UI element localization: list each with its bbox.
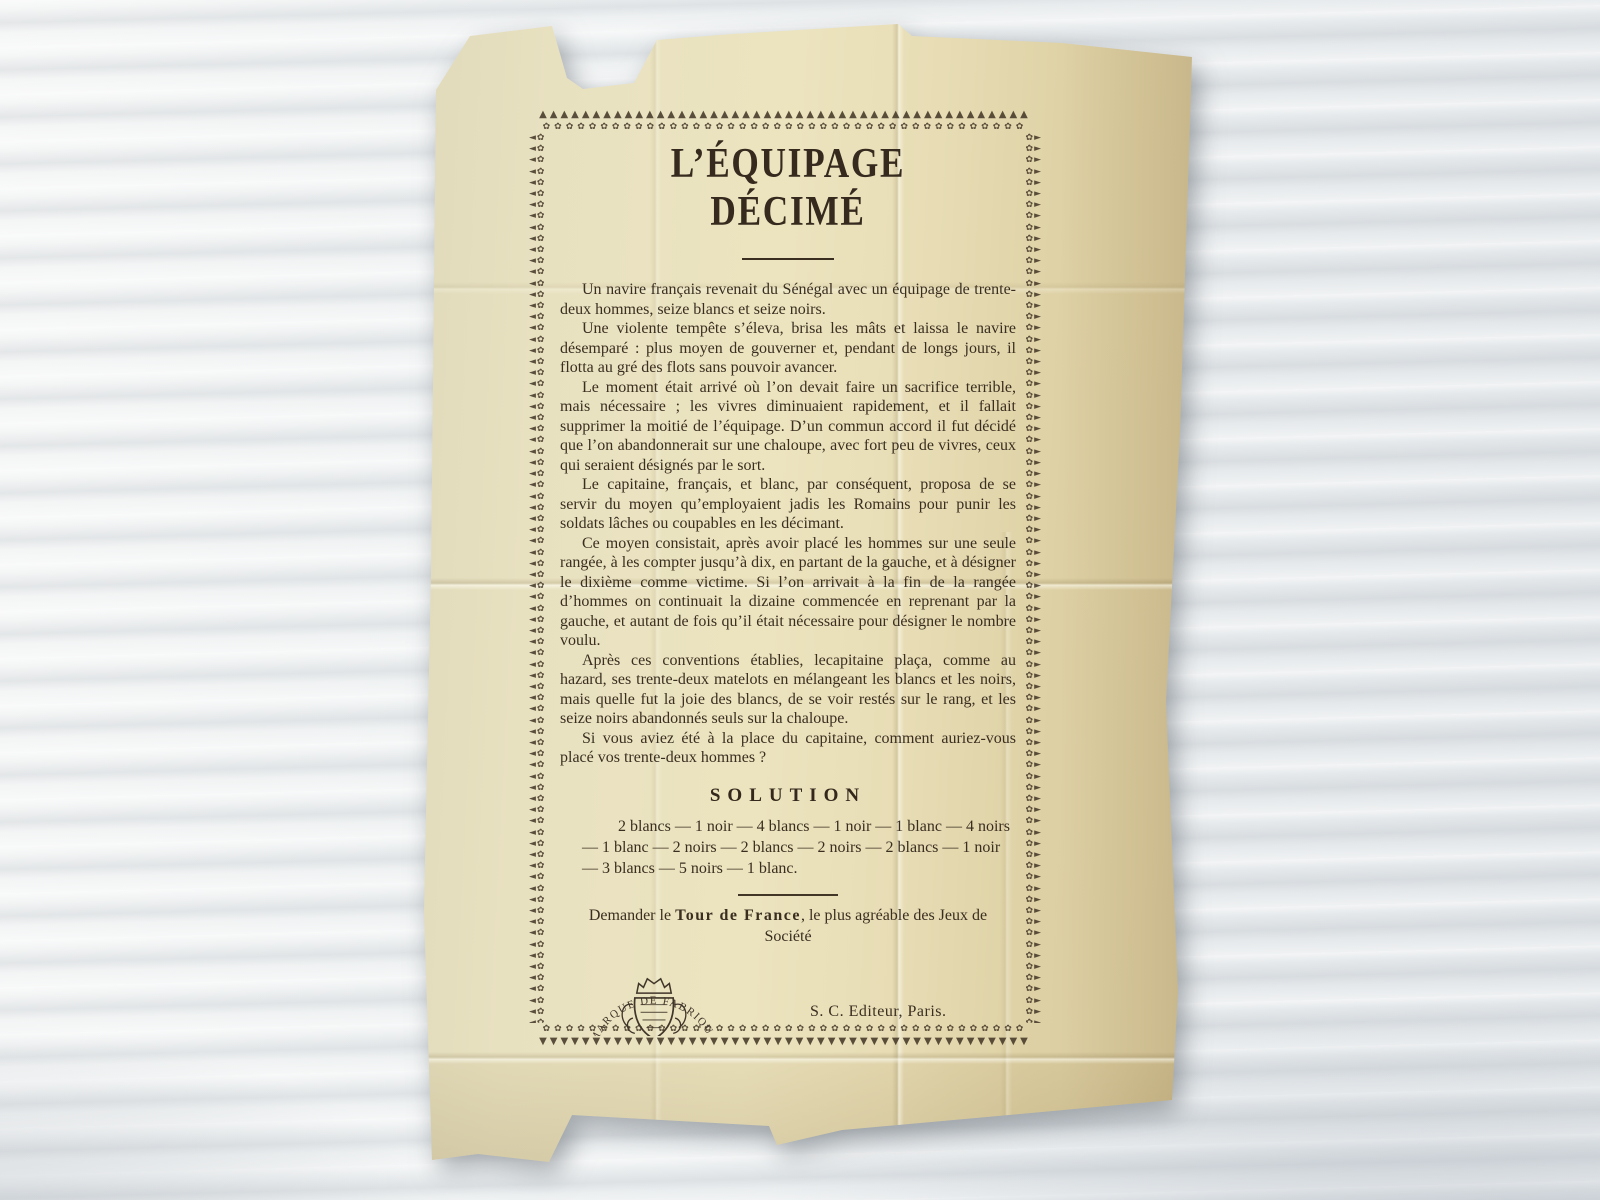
- paragraph: Ce moyen consistait, après avoir placé l…: [560, 534, 1016, 651]
- trademark-crest-icon: MARQUE DE FABRIQUE S C: [574, 951, 734, 1037]
- promo-text-before: Demander le: [589, 907, 675, 924]
- paragraph: Un navire français revenait du Sénégal a…: [560, 280, 1016, 319]
- ornamental-border-left: ◄ ◄ ◄ ◄ ◄ ◄ ◄ ◄ ◄ ◄ ◄ ◄ ◄ ◄ ◄ ◄ ◄ ◄ ◄ ◄ …: [529, 133, 544, 1023]
- border-rosette-column-icon: ✿ ✿ ✿ ✿ ✿ ✿ ✿ ✿ ✿ ✿ ✿ ✿ ✿ ✿ ✿ ✿ ✿ ✿ ✿ ✿ …: [1026, 133, 1034, 1023]
- tour-de-france-bold: Tour de France: [675, 907, 801, 924]
- paragraph: Une violente tempête s’éleva, brisa les …: [560, 319, 1016, 378]
- border-spear-column-icon: ► ► ► ► ► ► ► ► ► ► ► ► ► ► ► ► ► ► ► ► …: [1034, 133, 1041, 1023]
- solution-line: — 3 blancs — 5 noirs — 1 blanc.: [582, 858, 1016, 879]
- paper-sheet-wrapper: ▲▲▲▲▲▲▲▲▲▲▲▲▲▲▲▲▲▲▲▲▲▲▲▲▲▲▲▲▲▲▲▲▲▲▲▲▲▲▲▲…: [420, 12, 1196, 1188]
- solution-block: 2 blancs — 1 noir — 4 blancs — 1 noir — …: [560, 816, 1016, 879]
- paragraph: Le moment était arrivé où l’on devait fa…: [560, 378, 1016, 476]
- solution-heading: SOLUTION: [560, 785, 1016, 807]
- document-content: L’ÉQUIPAGE DÉCIMÉ Un navire français rev…: [560, 138, 1016, 1036]
- ornamental-frame: ▲▲▲▲▲▲▲▲▲▲▲▲▲▲▲▲▲▲▲▲▲▲▲▲▲▲▲▲▲▲▲▲▲▲▲▲▲▲▲▲…: [528, 108, 1042, 1048]
- ornamental-border-top: ▲▲▲▲▲▲▲▲▲▲▲▲▲▲▲▲▲▲▲▲▲▲▲▲▲▲▲▲▲▲▲▲▲▲▲▲▲▲▲▲…: [528, 108, 1042, 133]
- imprint-row: MARQUE DE FABRIQUE S C: [560, 951, 1016, 1037]
- paper-shading-right: [1060, 12, 1196, 1188]
- page-title: L’ÉQUIPAGE DÉCIMÉ: [596, 140, 979, 236]
- paper-shading-bottom: [420, 1058, 1196, 1188]
- border-rosette-column-icon: ✿ ✿ ✿ ✿ ✿ ✿ ✿ ✿ ✿ ✿ ✿ ✿ ✿ ✿ ✿ ✿ ✿ ✿ ✿ ✿ …: [537, 133, 545, 1023]
- border-spear-row-icon: ▲▲▲▲▲▲▲▲▲▲▲▲▲▲▲▲▲▲▲▲▲▲▲▲▲▲▲▲▲▲▲▲▲▲▲▲▲▲▲▲…: [528, 108, 1042, 121]
- torn-notch-shadow: [550, 24, 670, 92]
- ornamental-border-right: ✿ ✿ ✿ ✿ ✿ ✿ ✿ ✿ ✿ ✿ ✿ ✿ ✿ ✿ ✿ ✿ ✿ ✿ ✿ ✿ …: [1026, 133, 1041, 1023]
- solution-line: — 1 blanc — 2 noirs — 2 blancs — 2 noirs…: [582, 837, 1016, 858]
- corner-fold: [434, 32, 496, 94]
- crown-icon: [637, 978, 671, 992]
- paragraph: Après ces conventions établies, lecapita…: [560, 651, 1016, 729]
- solution-line: 2 blancs — 1 noir — 4 blancs — 1 noir — …: [582, 816, 1016, 837]
- fold-crease-horizontal: [420, 1052, 1196, 1064]
- photo-background: ▲▲▲▲▲▲▲▲▲▲▲▲▲▲▲▲▲▲▲▲▲▲▲▲▲▲▲▲▲▲▲▲▲▲▲▲▲▲▲▲…: [0, 0, 1600, 1200]
- publisher-line: S. C. Editeur, Paris.: [810, 1003, 947, 1021]
- border-rosette-row-icon: ✿✿✿✿✿✿✿✿✿✿✿✿✿✿✿✿✿✿✿✿✿✿✿✿✿✿✿✿✿✿✿✿✿✿✿✿✿✿✿✿…: [528, 121, 1042, 133]
- paper-sheet: ▲▲▲▲▲▲▲▲▲▲▲▲▲▲▲▲▲▲▲▲▲▲▲▲▲▲▲▲▲▲▲▲▲▲▲▲▲▲▲▲…: [420, 12, 1196, 1188]
- crest-letter-s: S: [614, 1033, 623, 1036]
- solution-divider: [738, 894, 838, 896]
- paragraph: Le capitaine, français, et blanc, par co…: [560, 475, 1016, 534]
- crest-letter-c: C: [687, 1033, 697, 1036]
- title-divider: [742, 258, 834, 260]
- paragraph: Si vous aviez été à la place du capitain…: [560, 729, 1016, 768]
- border-spear-column-icon: ◄ ◄ ◄ ◄ ◄ ◄ ◄ ◄ ◄ ◄ ◄ ◄ ◄ ◄ ◄ ◄ ◄ ◄ ◄ ◄ …: [529, 133, 536, 1023]
- promo-line: Demander le Tour de France, le plus agré…: [566, 905, 1010, 947]
